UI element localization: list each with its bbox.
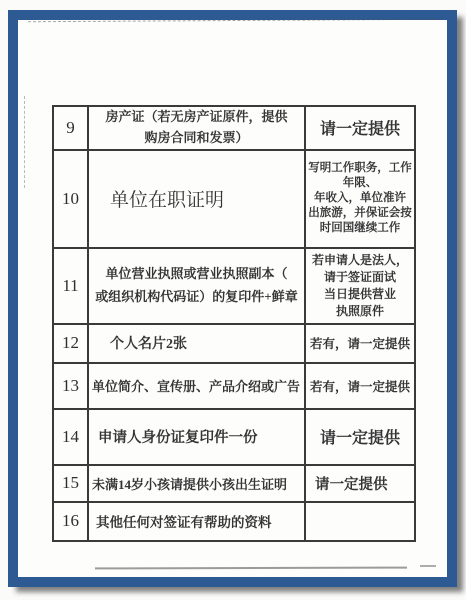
row-number: 9 bbox=[53, 106, 88, 150]
table-body: 9 房产证（若无房产证原件，提供 购房合同和发票） 请一定提供 10 单位在职证… bbox=[53, 106, 415, 541]
table-row: 12 个人名片2张 若有，请一定提供 bbox=[53, 324, 415, 363]
row-number: 16 bbox=[53, 502, 88, 541]
requirement-note: 写明工作职务，工作 年限、 年收入，单位准许 出旅游，并保证会按 时回国继续工作 bbox=[305, 150, 415, 248]
document-description: 未满14岁小孩请提供小孩出生证明 bbox=[88, 465, 305, 502]
requirement-note bbox=[305, 502, 415, 541]
table-row: 10 单位在职证明 写明工作职务，工作 年限、 年收入，单位准许 出旅游，并保证… bbox=[53, 150, 415, 248]
table-row: 16 其他任何对签证有帮助的资料 bbox=[53, 502, 415, 541]
document-description: 个人名片2张 bbox=[88, 324, 305, 363]
document-description: 单位简介、宣传册、产品介绍或广告 bbox=[88, 363, 305, 409]
table-row: 13 单位简介、宣传册、产品介绍或广告 若有，请一定提供 bbox=[53, 363, 415, 409]
row-number: 15 bbox=[53, 465, 88, 502]
table-row: 9 房产证（若无房产证原件，提供 购房合同和发票） 请一定提供 bbox=[53, 106, 415, 150]
requirement-note: 若有，请一定提供 bbox=[305, 363, 415, 409]
requirement-note: 请一定提供 bbox=[305, 465, 415, 502]
row-number: 13 bbox=[53, 363, 88, 409]
visa-requirements-table: 9 房产证（若无房产证原件，提供 购房合同和发票） 请一定提供 10 单位在职证… bbox=[52, 105, 416, 542]
row-number: 12 bbox=[53, 324, 88, 363]
table-row: 15 未满14岁小孩请提供小孩出生证明 请一定提供 bbox=[53, 465, 415, 502]
document-description: 申请人身份证复印件一份 bbox=[88, 409, 305, 465]
table-row: 14 申请人身份证复印件一份 请一定提供 bbox=[53, 409, 415, 465]
scanned-page-stage: 9 房产证（若无房产证原件，提供 购房合同和发票） 请一定提供 10 单位在职证… bbox=[0, 0, 466, 600]
row-number: 14 bbox=[53, 409, 88, 465]
document-description: 单位在职证明 bbox=[88, 150, 305, 248]
row-number: 10 bbox=[53, 150, 88, 248]
document-description: 房产证（若无房产证原件，提供 购房合同和发票） bbox=[88, 106, 305, 150]
table-row: 11 单位营业执照或营业执照副本（ 或组织机构代码证）的复印件+鲜章 若申请人是… bbox=[53, 248, 415, 324]
document-description: 其他任何对签证有帮助的资料 bbox=[88, 502, 305, 541]
requirement-note: 若申请人是法人， 请于签证面试 当日提供营业 执照原件 bbox=[305, 248, 415, 324]
requirement-note: 请一定提供 bbox=[305, 106, 415, 150]
requirement-note: 若有，请一定提供 bbox=[305, 324, 415, 363]
requirement-note: 请一定提供 bbox=[305, 409, 415, 465]
document-description: 单位营业执照或营业执照副本（ 或组织机构代码证）的复印件+鲜章 bbox=[88, 248, 305, 324]
row-number: 11 bbox=[53, 248, 88, 324]
